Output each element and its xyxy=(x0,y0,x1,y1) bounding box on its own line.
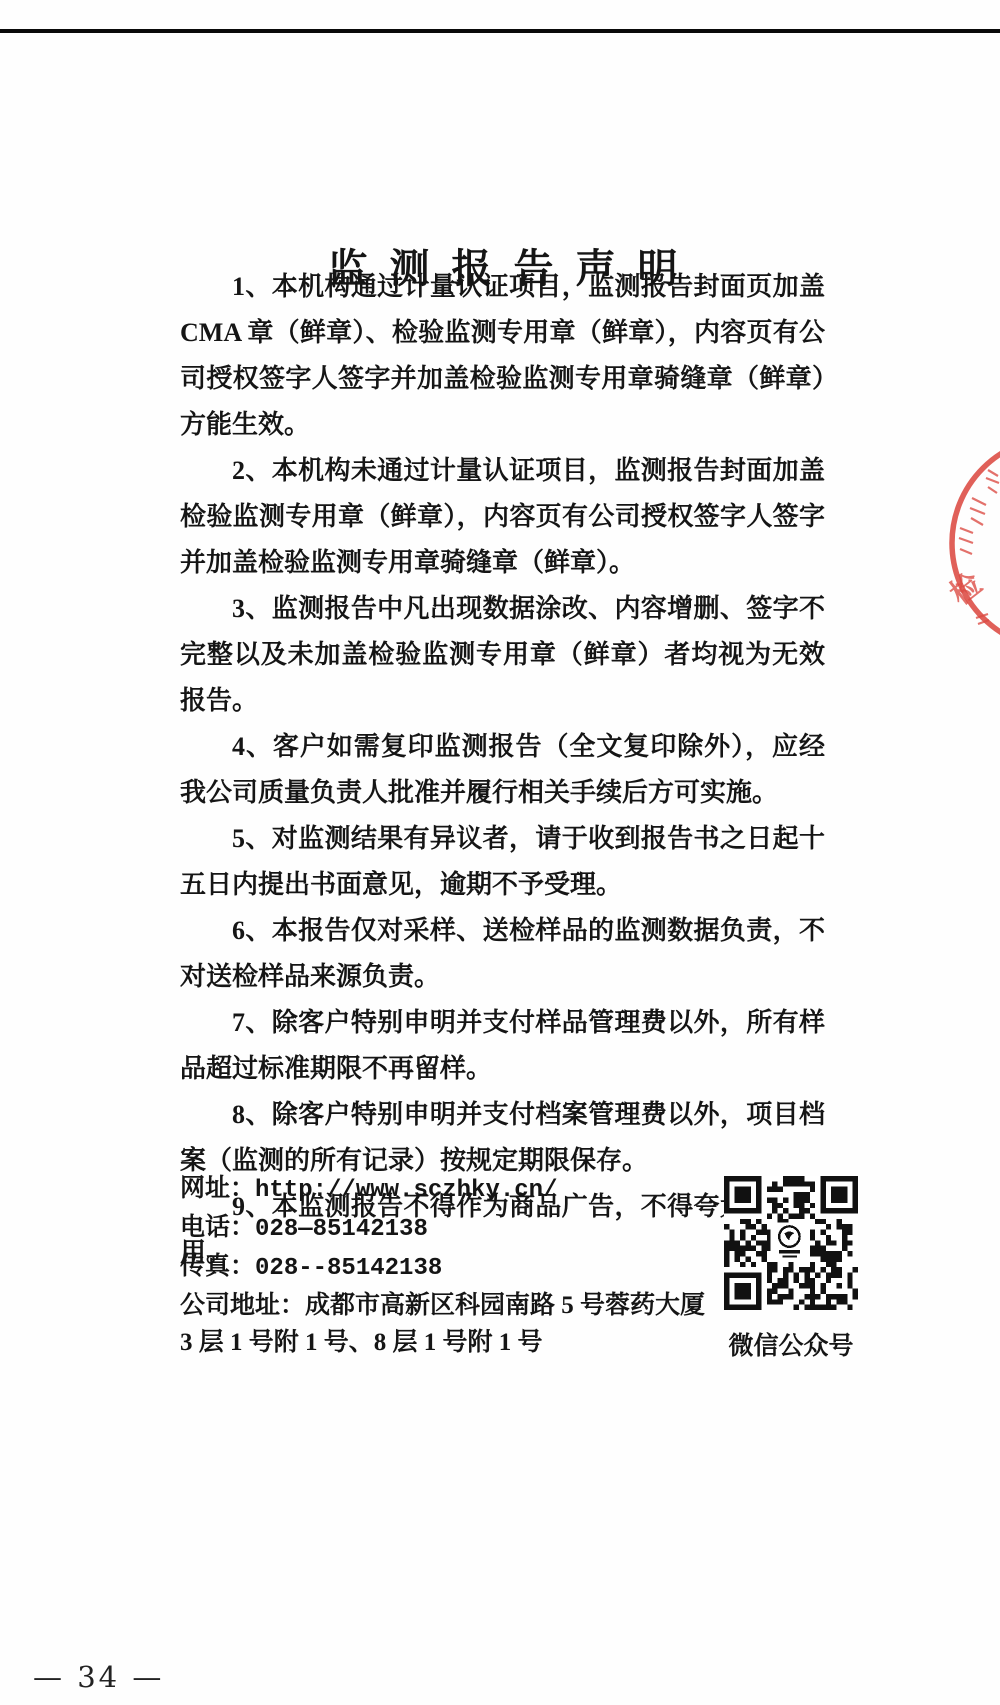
statement-paragraph: 7、除客户特别申明并支付样品管理费以外，所有样品超过标准期限不再留样。 xyxy=(180,1000,825,1092)
qr-caption: 微信公众号 xyxy=(704,1326,878,1362)
statement-paragraphs: 1、本机构通过计量认证项目，监测报告封面页加盖 CMA 章（鲜章）、检验监测专用… xyxy=(180,264,825,1276)
address-label: 公司地址： xyxy=(180,1292,305,1319)
statement-paragraph: 2、本机构未通过计量认证项目，监测报告封面加盖检验监测专用章（鲜章），内容页有公… xyxy=(180,448,825,586)
address-line2: 3 层 1 号附 1 号、8 层 1 号附 1 号 xyxy=(180,1324,720,1361)
scanned-document-page: 监测报告声明 1、本机构通过计量认证项目，监测报告封面页加盖 CMA 章（鲜章）… xyxy=(0,0,1000,1705)
address-value: 成都市高新区科园南路 5 号蓉药大厦 xyxy=(305,1292,705,1319)
contact-block: 网址：http://www.sczhky.cn/ 电话：028—85142138… xyxy=(180,1170,720,1361)
statement-paragraph: 5、对监测结果有异议者，请于收到报告书之日起十五日内提出书面意见，逾期不予受理。 xyxy=(180,816,825,908)
stamp-character: 检 xyxy=(944,567,988,611)
phone-number: 028—85142138 xyxy=(255,1216,428,1243)
fax-line: 传真：028--85142138 xyxy=(180,1248,720,1287)
fax-number: 028--85142138 xyxy=(255,1255,442,1282)
statement-paragraph: 4、客户如需复印监测报告（全文复印除外），应经我公司质量负责人批准并履行相关手续… xyxy=(180,724,825,816)
website-line: 网址：http://www.sczhky.cn/ xyxy=(180,1170,720,1209)
address-line: 公司地址：成都市高新区科园南路 5 号蓉药大厦 xyxy=(180,1287,720,1324)
phone-line: 电话：028—85142138 xyxy=(180,1209,720,1248)
statement-paragraph: 1、本机构通过计量认证项目，监测报告封面页加盖 CMA 章（鲜章）、检验监测专用… xyxy=(180,264,825,448)
statement-paragraph: 3、监测报告中凡出现数据涂改、内容增删、签字不完整以及未加盖检验监测专用章（鲜章… xyxy=(180,586,825,724)
page-number: — 34 — xyxy=(33,1660,164,1694)
fax-label: 传真： xyxy=(180,1253,255,1280)
phone-label: 电话： xyxy=(180,1214,255,1241)
website-label: 网址： xyxy=(180,1175,255,1202)
statement-paragraph: 6、本报告仅对采样、送检样品的监测数据负责，不对送检样品来源负责。 xyxy=(180,908,825,1000)
website-url: http://www.sczhky.cn/ xyxy=(255,1177,557,1204)
red-stamp: 检 xyxy=(928,438,1000,648)
scan-artifact-line xyxy=(0,29,1000,33)
wechat-qr-code xyxy=(724,1173,858,1313)
